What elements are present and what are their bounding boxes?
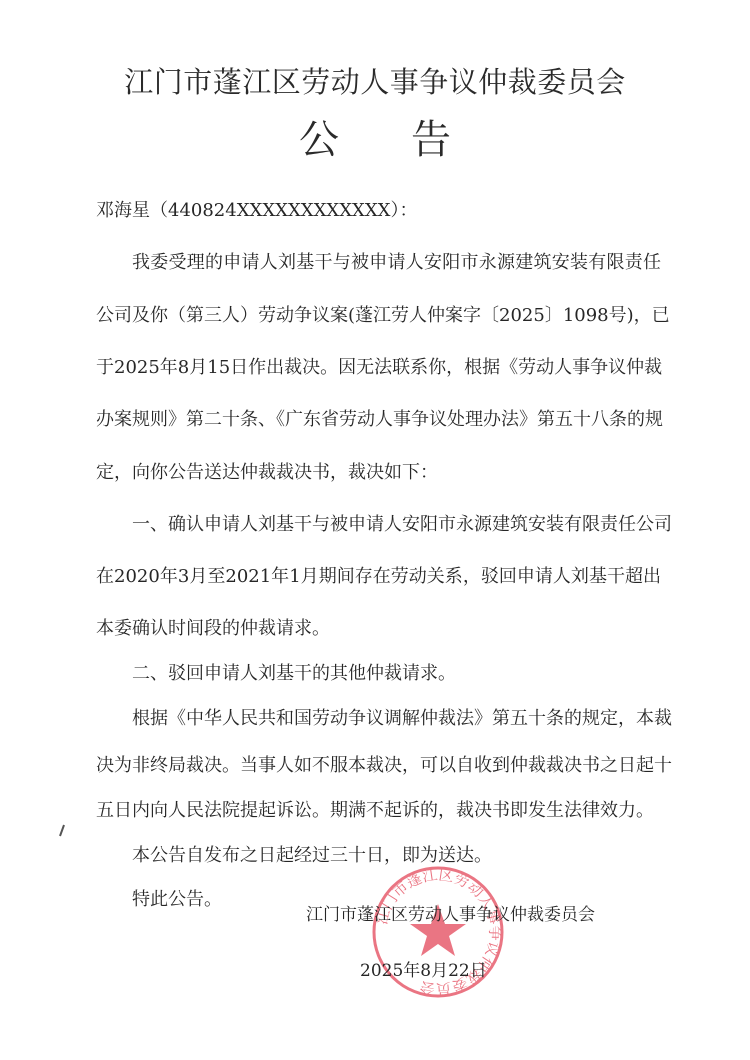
doc-type-heading: 公告 [0, 108, 750, 165]
org-title: 江门市蓬江区劳动人事争议仲裁委员会 [0, 60, 750, 101]
para1-line-1: 我委受理的申请人刘基干与被申请人安阳市永源建筑安装有限责任 [132, 252, 661, 274]
issue-date: 2025年8月22日 [360, 956, 487, 981]
doc-type-char-1: 公 [299, 108, 339, 165]
doc-type-char-2: 告 [411, 108, 451, 165]
ruling2: 二、驳回申请人刘基干的其他仲裁请求。 [132, 663, 661, 685]
ruling1-line-2: 在2020年3月至2021年1月期间存在劳动关系，驳回申请人刘基干超出 [96, 566, 661, 588]
addressee: 邓海星（440824XXXXXXXXXXXX）： [96, 200, 661, 222]
para1-line-4: 办案规则》第二十条、《广东省劳动人事争议处理办法》第五十八条的规 [96, 409, 661, 431]
official-seal-icon: 江门市蓬江区劳动人事争议仲裁委员会 [368, 862, 508, 1002]
para1-line-3: 于2025年8月15日作出裁决。因无法联系你，根据《劳动人事争议仲裁 [96, 357, 661, 379]
issuer-signature: 江门市蓬江区劳动人事争议仲裁委员会 [306, 900, 595, 925]
law-line-2: 决为非终局裁决。当事人如不服本裁决，可以自收到仲裁裁决书之日起十 [96, 755, 661, 777]
ruling1-line-3: 本委确认时间段的仲裁请求。 [96, 618, 661, 640]
ruling1-line-1: 一、确认申请人刘基干与被申请人安阳市永源建筑安装有限责任公司 [132, 514, 661, 536]
para1-line-2: 公司及你（第三人）劳动争议案(蓬江劳人仲案字〔2025〕1098号)，已 [96, 305, 661, 327]
law-line-3: 五日内向人民法院提起诉讼。期满不起诉的，裁决书即发生法律效力。 [96, 800, 661, 822]
announcement-page: 江门市蓬江区劳动人事争议仲裁委员会 公告 邓海星（440824XXXXXXXXX… [0, 0, 750, 1060]
scan-speck-icon [58, 824, 66, 838]
para1-line-5: 定，向你公告送达仲裁裁决书，裁决如下： [96, 462, 661, 484]
law-line-1: 根据《中华人民共和国劳动争议调解仲裁法》第五十条的规定，本裁 [132, 708, 661, 730]
